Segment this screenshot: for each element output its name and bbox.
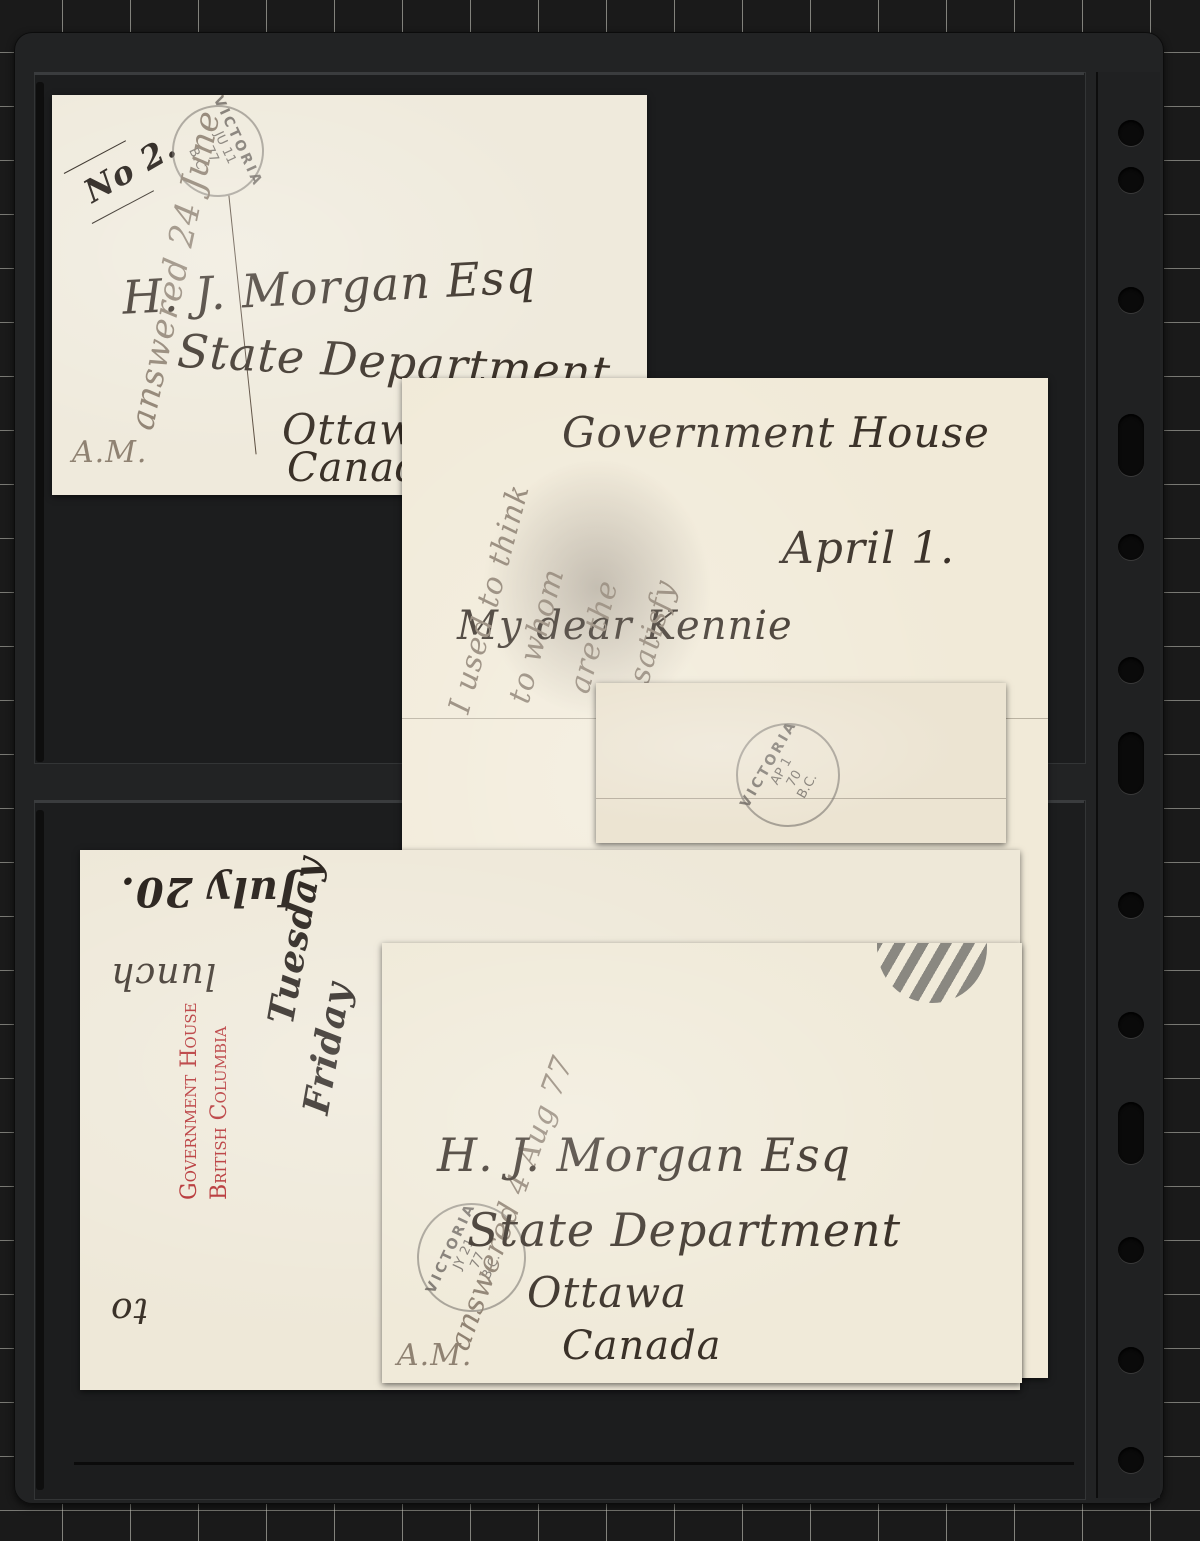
binder-hole — [1118, 1347, 1144, 1373]
binder-hole — [1118, 534, 1144, 560]
letter-line-3: lunch — [110, 955, 216, 996]
pencil-line — [228, 196, 256, 455]
binder-hole — [1118, 1447, 1144, 1473]
salutation: My dear Kennie — [457, 603, 793, 649]
edge-groove — [36, 82, 44, 762]
binder-hole — [1118, 1237, 1144, 1263]
binder-edge — [1096, 72, 1160, 1498]
binder-slot — [1118, 732, 1144, 794]
cover-small: VICTORIA AP 1 70 B.C. — [596, 683, 1006, 843]
initials: A.M. — [397, 1338, 472, 1373]
letter-heading: Government House — [562, 408, 990, 457]
address-line-4: Canada — [562, 1323, 722, 1369]
binder-slot — [1118, 1102, 1144, 1164]
letter-line-4: to — [110, 1290, 148, 1331]
binder-hole — [1118, 892, 1144, 918]
postmark-victoria: VICTORIA AP 1 70 B.C. — [717, 704, 859, 843]
letterhead-line-1: Government House — [175, 1002, 205, 1200]
address-line-3: Ottawa — [527, 1268, 687, 1317]
binder-slot — [1118, 414, 1144, 476]
initials: A.M. — [72, 435, 147, 470]
letter-date: April 1. — [782, 523, 955, 574]
barred-cancel — [877, 943, 987, 1003]
docket-number: No 2. — [77, 128, 183, 211]
cover-bottom: VICTORIA JY 21 77 B.C. answered 4 Aug 77… — [382, 943, 1022, 1383]
edge-groove — [36, 810, 44, 1490]
binder-hole — [1118, 167, 1144, 193]
letterhead-line-2: British Columbia — [205, 1002, 235, 1200]
binder-hole — [1118, 287, 1144, 313]
bottom-groove — [74, 1462, 1074, 1465]
binder-hole — [1118, 657, 1144, 683]
address-line-1: H. J. Morgan Esq — [437, 1128, 851, 1182]
binder-hole — [1118, 120, 1144, 146]
letterhead-crest: Government House British Columbia — [175, 1002, 234, 1200]
strip-lip — [34, 72, 1084, 75]
binder-hole — [1118, 1012, 1144, 1038]
address-line-2: State Department — [467, 1203, 901, 1257]
letter-date-line: July 20. — [120, 868, 298, 915]
